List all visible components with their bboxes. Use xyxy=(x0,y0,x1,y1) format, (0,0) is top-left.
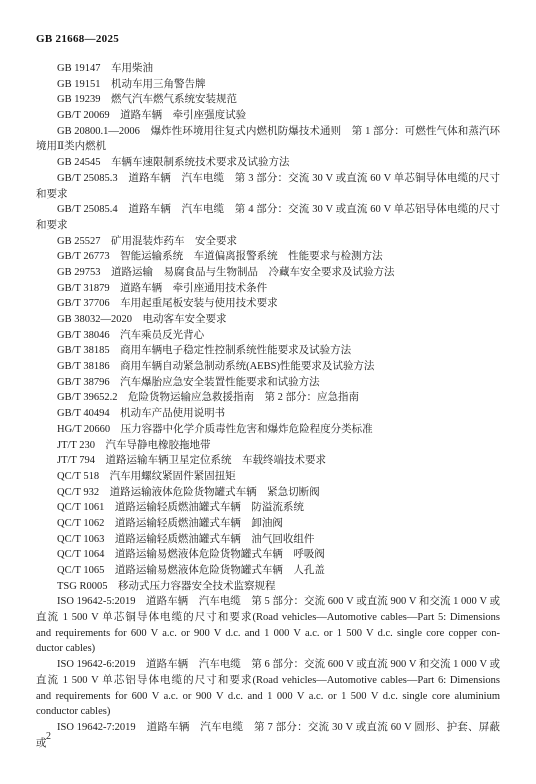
reference-line: QC/T 1061 道路运输轻质燃油罐式车辆 防溢流系统 xyxy=(36,500,500,516)
reference-line: GB 29753 道路运输 易腐食品与生物制品 冷藏车安全要求及试验方法 xyxy=(36,265,500,281)
reference-line: QC/T 1062 道路运输轻质燃油罐式车辆 卸油阀 xyxy=(36,516,500,532)
reference-line: GB/T 25085.3 道路车辆 汽车电缆 第 3 部分：交流 30 V 或直… xyxy=(36,171,500,187)
reference-line: GB 19239 燃气汽车燃气系统安装规范 xyxy=(36,92,500,108)
reference-line: GB 20800.1—2006 爆炸性环境用往复式内燃机防爆技术通则 第 1 部… xyxy=(36,124,500,140)
reference-line: QC/T 1063 道路运输轻质燃油罐式车辆 油气回收组件 xyxy=(36,532,500,548)
reference-line: GB/T 38046 汽车乘员反光背心 xyxy=(36,328,500,344)
reference-line: QC/T 932 道路运输液体危险货物罐式车辆 紧急切断阀 xyxy=(36,485,500,501)
references-list: GB 19147 车用柴油GB 19151 机动车用三角警告牌GB 19239 … xyxy=(36,61,500,736)
reference-line: GB/T 25085.4 道路车辆 汽车电缆 第 4 部分：交流 30 V 或直… xyxy=(36,202,500,218)
reference-line: JT/T 230 汽车导静电橡胶拖地带 xyxy=(36,438,500,454)
reference-line: TSG R0005 移动式压力容器安全技术监察规程 xyxy=(36,579,500,595)
reference-line: ISO 19642-5:2019 道路车辆 汽车电缆 第 5 部分：交流 600… xyxy=(36,594,500,610)
reference-line: HG/T 20660 压力容器中化学介质毒性危害和爆炸危险程度分类标准 xyxy=(36,422,500,438)
reference-line: 直流 1 500 V 单芯铜导体电缆的尺寸和要求(Road vehicles—A… xyxy=(36,610,500,626)
reference-line: ISO 19642-6:2019 道路车辆 汽车电缆 第 6 部分：交流 600… xyxy=(36,657,500,673)
reference-line: GB 24545 车辆车速限制系统技术要求及试验方法 xyxy=(36,155,500,171)
reference-line: conductor cables) xyxy=(36,704,500,720)
reference-line: JT/T 794 道路运输车辆卫星定位系统 车载终端技术要求 xyxy=(36,453,500,469)
reference-line: and requirements for 600 V a.c. or 900 V… xyxy=(36,689,500,705)
reference-line: GB/T 20069 道路车辆 牵引座强度试验 xyxy=(36,108,500,124)
reference-line: 和要求 xyxy=(36,218,500,234)
reference-line: GB/T 31879 道路车辆 牵引座通用技术条件 xyxy=(36,281,500,297)
standard-code-header: GB 21668—2025 xyxy=(36,33,119,45)
reference-line: GB/T 39652.2 危险货物运输应急救援指南 第 2 部分：应急指南 xyxy=(36,390,500,406)
reference-line: and requirements for 600 V a.c. or 900 V… xyxy=(36,626,500,642)
reference-line: GB/T 38185 商用车辆电子稳定性控制系统性能要求及试验方法 xyxy=(36,343,500,359)
reference-line: QC/T 518 汽车用螺纹紧固件紧固扭矩 xyxy=(36,469,500,485)
reference-line: GB/T 37706 车用起重尾板安装与使用技术要求 xyxy=(36,296,500,312)
reference-line: QC/T 1065 道路运输易燃液体危险货物罐式车辆 人孔盖 xyxy=(36,563,500,579)
reference-line: GB/T 40494 机动车产品使用说明书 xyxy=(36,406,500,422)
reference-line: ductor cables) xyxy=(36,641,500,657)
reference-line: ISO 19642-7:2019 道路车辆 汽车电缆 第 7 部分：交流 30 … xyxy=(36,720,500,736)
reference-line: 和要求 xyxy=(36,187,500,203)
reference-line: QC/T 1064 道路运输易燃液体危险货物罐式车辆 呼吸阀 xyxy=(36,547,500,563)
reference-line: GB 25527 矿用混装炸药车 安全要求 xyxy=(36,234,500,250)
reference-line: 直流 1 500 V 单芯铝导体电缆的尺寸和要求(Road vehicles—A… xyxy=(36,673,500,689)
reference-line: GB 19147 车用柴油 xyxy=(36,61,500,77)
reference-line: GB/T 38186 商用车辆自动紧急制动系统(AEBS)性能要求及试验方法 xyxy=(36,359,500,375)
reference-line: GB/T 26773 智能运输系统 车道偏离报警系统 性能要求与检测方法 xyxy=(36,249,500,265)
page-number: 2 xyxy=(46,731,51,742)
reference-line: GB 38032—2020 电动客车安全要求 xyxy=(36,312,500,328)
document-page: GB 21668—2025 GB 19147 车用柴油GB 19151 机动车用… xyxy=(0,0,536,784)
reference-line: 境用Ⅱ类内燃机 xyxy=(36,139,500,155)
reference-line: GB 19151 机动车用三角警告牌 xyxy=(36,77,500,93)
reference-line: GB/T 38796 汽车爆胎应急安全装置性能要求和试验方法 xyxy=(36,375,500,391)
